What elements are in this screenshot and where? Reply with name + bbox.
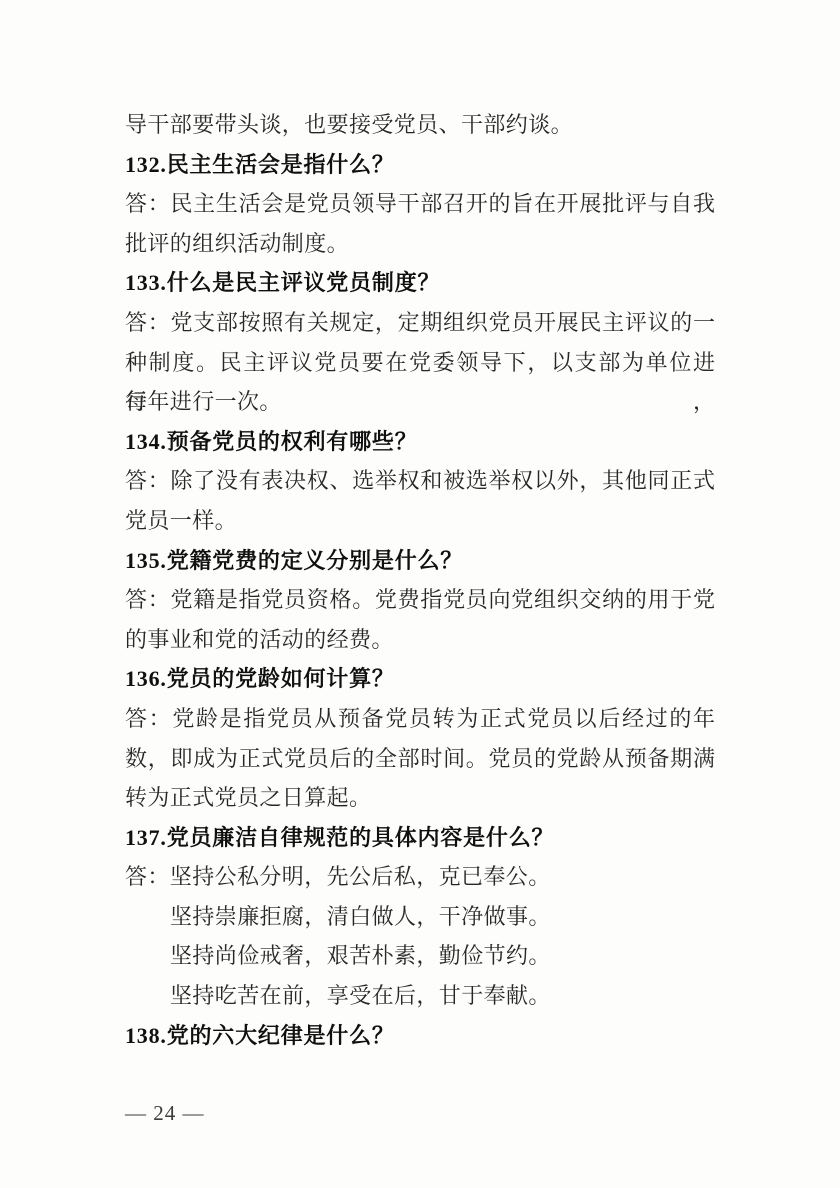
- question-heading-132: 132.民主生活会是指什么？: [125, 145, 715, 185]
- answer-line: 答：除了没有表决权、选举权和被选举权以外，其他同正式: [125, 461, 715, 501]
- question-heading-133: 133.什么是民主评议党员制度？: [125, 263, 715, 303]
- question-heading-135: 135.党籍党费的定义分别是什么？: [125, 541, 715, 581]
- document-page: 导干部要带头谈，也要接受党员、干部约谈。 132.民主生活会是指什么？ 答：民主…: [0, 0, 840, 1188]
- answer-line: 数，即成为正式党员后的全部时间。党员的党龄从预备期满: [125, 739, 715, 779]
- question-heading-136: 136.党员的党龄如何计算？: [125, 659, 715, 699]
- answer-item-line: 坚持尚俭戒奢，艰苦朴素，勤俭节约。: [125, 936, 715, 976]
- answer-item-line: 坚持崇廉拒腐，清白做人，干净做事。: [125, 897, 715, 937]
- question-heading-137: 137.党员廉洁自律规范的具体内容是什么？: [125, 818, 715, 858]
- document-body: 导干部要带头谈，也要接受党员、干部约谈。 132.民主生活会是指什么？ 答：民主…: [125, 105, 715, 1055]
- question-heading-138: 138.党的六大纪律是什么？: [125, 1016, 715, 1056]
- answer-item-line: 坚持吃苦在前，享受在后，甘于奉献。: [125, 976, 715, 1016]
- answer-line: 答：党支部按照有关规定，定期组织党员开展民主评议的一: [125, 303, 715, 343]
- answer-line: 批评的组织活动制度。: [125, 224, 715, 264]
- answer-line: 答：党籍是指党员资格。党费指党员向党组织交纳的用于党: [125, 580, 715, 620]
- page-number: — 24 —: [125, 1100, 205, 1126]
- answer-line: 答：民主生活会是党员领导干部召开的旨在开展批评与自我: [125, 184, 715, 224]
- answer-line: 答：坚持公私分明，先公后私，克已奉公。: [125, 857, 715, 897]
- body-line-continuation: 导干部要带头谈，也要接受党员、干部约谈。: [125, 105, 715, 145]
- answer-line: 种制度。民主评议党员要在党委领导下，以支部为单位进行，: [125, 343, 715, 383]
- answer-line: 答：党龄是指党员从预备党员转为正式党员以后经过的年: [125, 699, 715, 739]
- answer-line: 转为正式党员之日算起。: [125, 778, 715, 818]
- question-heading-134: 134.预备党员的权利有哪些？: [125, 422, 715, 462]
- answer-line: 的事业和党的活动的经费。: [125, 620, 715, 660]
- answer-line: 党员一样。: [125, 501, 715, 541]
